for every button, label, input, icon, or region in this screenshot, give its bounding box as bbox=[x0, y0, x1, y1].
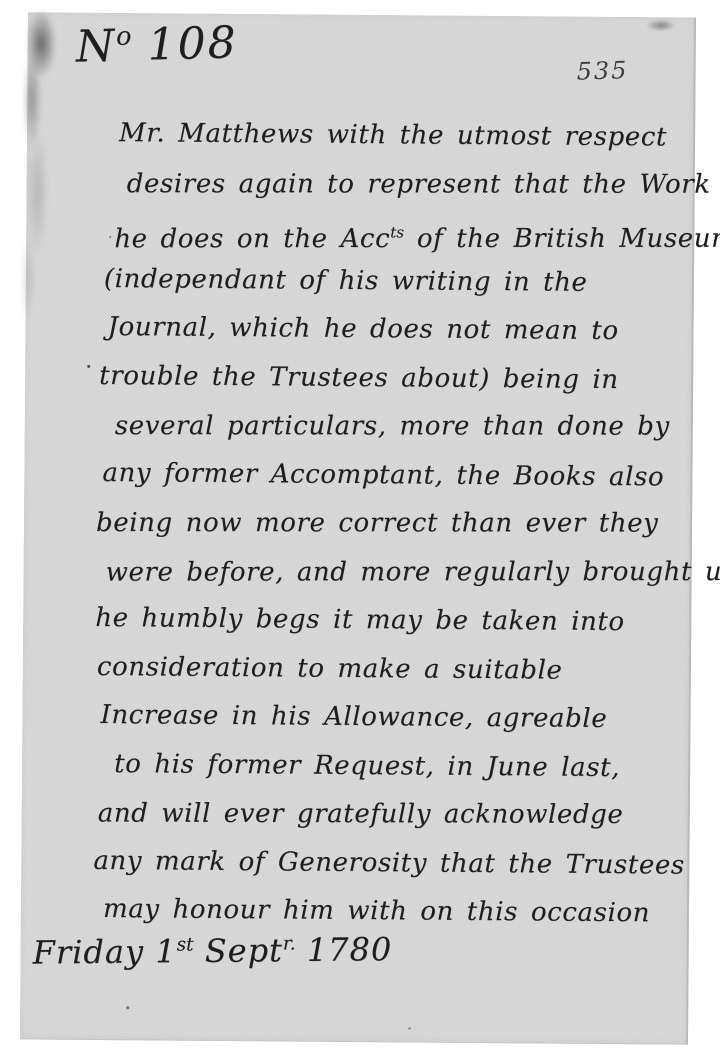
manuscript-line: being now more correct than ever they bbox=[96, 499, 690, 548]
manuscript-line: Increase in his Allowance, agreable bbox=[100, 691, 688, 744]
superscript-segment: ts bbox=[390, 223, 404, 241]
superscript-segment: st bbox=[176, 934, 193, 955]
paper-stain-top-right bbox=[646, 19, 676, 31]
text-segment: N bbox=[75, 21, 117, 73]
text-segment: Increase in his Allowance, agreable bbox=[100, 700, 607, 734]
text-segment: he humbly begs it may be taken into bbox=[95, 603, 625, 637]
text-segment: Friday 1 bbox=[33, 932, 177, 971]
manuscript-line: (independant of his writing in the bbox=[104, 254, 692, 307]
scan-background: No 108 535 Mr. Matthews with the utmost … bbox=[0, 0, 720, 1061]
ink-speck bbox=[408, 1027, 411, 1029]
text-segment: (independant of his writing in the bbox=[104, 263, 588, 297]
text-segment: to his former Request, in June last, bbox=[114, 749, 620, 783]
manuscript-line: were before, and more regularly brought … bbox=[106, 548, 690, 597]
manuscript-line: trouble the Trustees about) being in bbox=[99, 351, 691, 404]
manuscript-line: consideration to make a suitable bbox=[97, 642, 689, 695]
manuscript-line: several particulars, more than done by bbox=[115, 402, 691, 451]
text-segment: desires again to represent that the Work bbox=[127, 169, 711, 200]
text-segment: any mark of Generosity that the Trustees bbox=[93, 845, 685, 880]
ink-speck bbox=[87, 365, 90, 368]
superscript-segment: r. bbox=[283, 933, 296, 954]
manuscript-line: may honour him with on this occasion bbox=[103, 885, 687, 938]
text-segment: consideration to make a suitable bbox=[97, 651, 563, 685]
text-segment: trouble the Trustees about) being in bbox=[99, 360, 619, 394]
page-number: 535 bbox=[576, 56, 629, 85]
manuscript-line: he humbly begs it may be taken into bbox=[95, 594, 689, 647]
text-segment: Sept bbox=[193, 931, 283, 970]
manuscript-line: he does on the Accts of the British Muse… bbox=[114, 208, 692, 257]
text-segment: Mr. Matthews with the utmost respect bbox=[119, 118, 667, 152]
manuscript-line: and will ever gratefully acknowledge bbox=[98, 790, 688, 840]
text-segment: were before, and more regularly brought … bbox=[106, 557, 720, 588]
ink-speck bbox=[126, 1006, 129, 1009]
paper-stain-top-left bbox=[22, 6, 82, 316]
text-segment: 1780 bbox=[295, 930, 392, 969]
text-segment: any former Accomptant, the Books also bbox=[102, 457, 664, 491]
text-segment: being now more correct than ever they bbox=[96, 508, 658, 538]
date-line: Friday 1st Septr. 1780 bbox=[33, 930, 393, 971]
manuscript-line: Journal, which he does not mean to bbox=[107, 303, 691, 356]
manuscript-line: any mark of Generosity that the Trustees bbox=[93, 836, 687, 889]
manuscript-page: No 108 535 Mr. Matthews with the utmost … bbox=[20, 12, 696, 1044]
text-segment: and will ever gratefully acknowledge bbox=[98, 799, 624, 830]
manuscript-line: to his former Request, in June last, bbox=[114, 740, 688, 793]
manuscript-line: Mr. Matthews with the utmost respect bbox=[119, 109, 693, 162]
manuscript-line: desires again to represent that the Work bbox=[127, 160, 693, 209]
letter-body: Mr. Matthews with the utmost respectdesi… bbox=[101, 109, 693, 938]
text-segment: may honour him with on this occasion bbox=[103, 894, 650, 928]
text-segment: 108 bbox=[131, 17, 238, 71]
text-segment: several particulars, more than done by bbox=[115, 411, 670, 441]
text-segment: he does on the Acc bbox=[114, 224, 390, 254]
superscript-segment: o bbox=[116, 21, 132, 51]
text-segment: Journal, which he does not mean to bbox=[107, 312, 618, 346]
manuscript-line: any former Accomptant, the Books also bbox=[102, 448, 690, 501]
document-number: No 108 bbox=[75, 17, 238, 72]
text-segment: of the British Museum bbox=[404, 224, 720, 254]
